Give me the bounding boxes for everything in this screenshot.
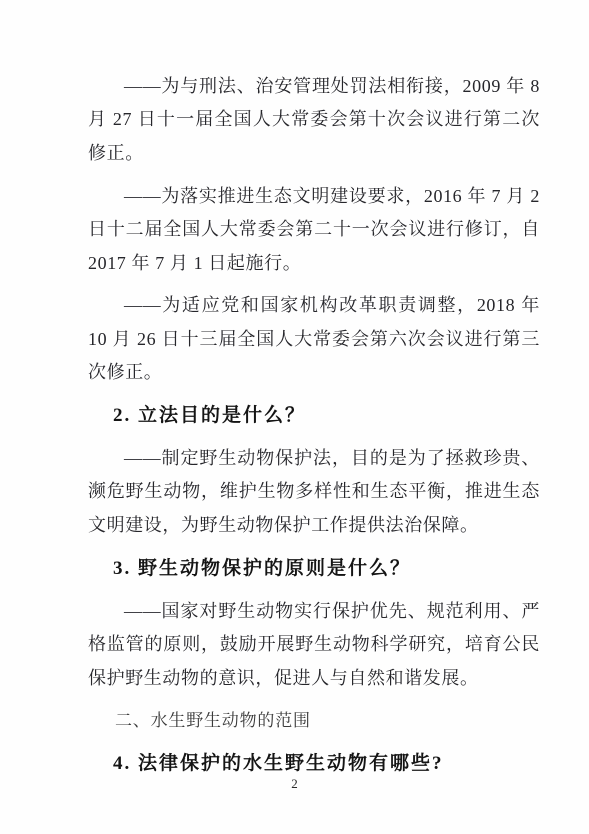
- paragraph-protection-principles: ——国家对野生动物实行保护优先、规范利用、严格监管的原则，鼓励开展野生动物科学研…: [88, 595, 540, 695]
- paragraph-amendment-2018: ——为适应党和国家机构改革职责调整，2018 年 10 月 26 日十三届全国人…: [88, 289, 540, 389]
- document-page: ——为与刑法、治安管理处罚法相衔接，2009 年 8 月 27 日十一届全国人大…: [0, 0, 589, 834]
- question-heading-3: 3. 野生动物保护的原则是什么？: [113, 552, 540, 585]
- page-number: 2: [0, 776, 589, 792]
- question-heading-2: 2. 立法目的是什么？: [113, 399, 540, 432]
- paragraph-amendment-2009: ——为与刑法、治安管理处罚法相衔接，2009 年 8 月 27 日十一届全国人大…: [88, 70, 540, 170]
- paragraph-revision-2016: ——为落实推进生态文明建设要求，2016 年 7 月 2 日十二届全国人大常委会…: [88, 180, 540, 280]
- document-body: ——为与刑法、治安管理处罚法相衔接，2009 年 8 月 27 日十一届全国人大…: [88, 70, 540, 790]
- section-heading-aquatic-wildlife-scope: 二、水生野生动物的范围: [115, 704, 540, 737]
- paragraph-legislative-purpose: ——制定野生动物保护法，目的是为了拯救珍贵、濒危野生动物，维护生物多样性和生态平…: [88, 442, 540, 542]
